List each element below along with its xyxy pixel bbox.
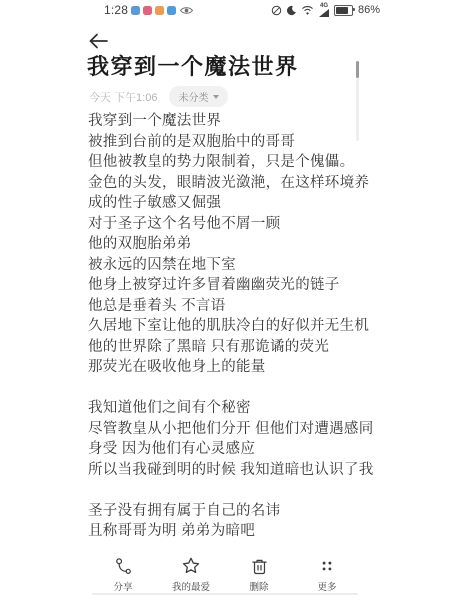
battery-icon xyxy=(334,5,353,16)
note-line: 所以当我碰到明的时候 我知道暗也认识了我 xyxy=(88,460,372,481)
share-button[interactable]: 分享 xyxy=(92,555,154,593)
status-bar-left: 1:28 xyxy=(104,3,194,17)
note-line: 被推到台前的是双胞胎中的哥哥 xyxy=(88,132,372,153)
note-line: 且称哥哥为明 弟弟为暗吧 xyxy=(88,521,372,542)
note-line: 但他被教皇的势力限制着，只是个傀儡。 xyxy=(88,152,372,173)
home-indicator xyxy=(92,593,358,595)
note-meta-row: 今天 下午1:06 未分类 xyxy=(89,86,228,107)
wifi-icon xyxy=(301,5,314,15)
chevron-down-icon xyxy=(213,95,219,99)
bottom-toolbar: 分享 我的最爱 删除 xyxy=(92,555,358,593)
note-line: 他的世界除了黑暗 只有那诡谲的荧光 xyxy=(88,337,372,358)
share-icon xyxy=(112,555,134,577)
note-line: 久居地下室让他的肌肤冷白的好似并无生机 xyxy=(88,316,372,337)
note-line xyxy=(88,378,372,399)
note-line: 他的双胞胎弟弟 xyxy=(88,234,372,255)
note-line xyxy=(88,480,372,501)
app-notification-icon-4 xyxy=(167,6,176,15)
note-line: 圣子没有拥有属于自己的名讳 xyxy=(88,501,372,522)
note-line: 我知道他们之间有个秘密 xyxy=(88,398,372,419)
category-label: 未分类 xyxy=(178,89,208,104)
moon-icon xyxy=(286,5,297,16)
app-notification-icon-2 xyxy=(143,6,152,15)
notes-app-screen: 1:28 xyxy=(0,0,450,600)
note-line: 他总是垂着头 不言语 xyxy=(88,296,372,317)
signal-4g-icon: 4G xyxy=(318,3,330,17)
note-line: 金色的头发，眼睛波光潋滟，在这样环境养 xyxy=(88,173,372,194)
app-notification-icon-1 xyxy=(131,6,140,15)
note-line: 成的性子敏感又倔强 xyxy=(88,193,372,214)
app-notification-icon-3 xyxy=(155,6,164,15)
note-line: 被永远的囚禁在地下室 xyxy=(88,255,372,276)
favorite-button[interactable]: 我的最爱 xyxy=(160,555,222,593)
favorite-label: 我的最爱 xyxy=(172,579,210,593)
more-label: 更多 xyxy=(317,579,336,593)
note-body[interactable]: 我穿到一个魔法世界 被推到台前的是双胞胎中的哥哥 但他被教皇的势力限制着，只是个… xyxy=(88,111,372,542)
category-selector[interactable]: 未分类 xyxy=(169,86,228,107)
note-line: 尽管教皇从小把他们分开 但他们对遭遇感同 xyxy=(88,419,372,440)
scrollbar[interactable] xyxy=(356,61,359,141)
share-label: 分享 xyxy=(113,579,132,593)
note-title[interactable]: 我穿到一个魔法世界 xyxy=(87,50,377,81)
eye-comfort-icon xyxy=(179,5,194,16)
delete-button[interactable]: 删除 xyxy=(228,555,290,593)
note-line: 对于圣子这个名号他不屑一顾 xyxy=(88,214,372,235)
clock-time: 1:28 xyxy=(104,3,128,17)
trash-icon xyxy=(248,555,270,577)
scrollbar-thumb[interactable] xyxy=(356,61,359,78)
note-line: 那荧光在吸收他身上的能量 xyxy=(88,357,372,378)
note-line: 他身上被穿过许多冒着幽幽荧光的链子 xyxy=(88,275,372,296)
note-line: 我穿到一个魔法世界 xyxy=(88,111,372,132)
star-icon xyxy=(180,555,202,577)
more-icon xyxy=(316,555,338,577)
more-button[interactable]: 更多 xyxy=(296,555,358,593)
status-bar-right: 4G 86% xyxy=(271,3,380,17)
battery-percent: 86% xyxy=(358,4,380,16)
ring-off-icon xyxy=(271,5,282,16)
back-arrow-icon xyxy=(86,30,112,52)
status-bar: 1:28 xyxy=(0,0,450,22)
delete-label: 删除 xyxy=(249,579,268,593)
note-line: 身受 因为他们有心灵感应 xyxy=(88,439,372,460)
note-timestamp: 今天 下午1:06 xyxy=(89,89,157,105)
